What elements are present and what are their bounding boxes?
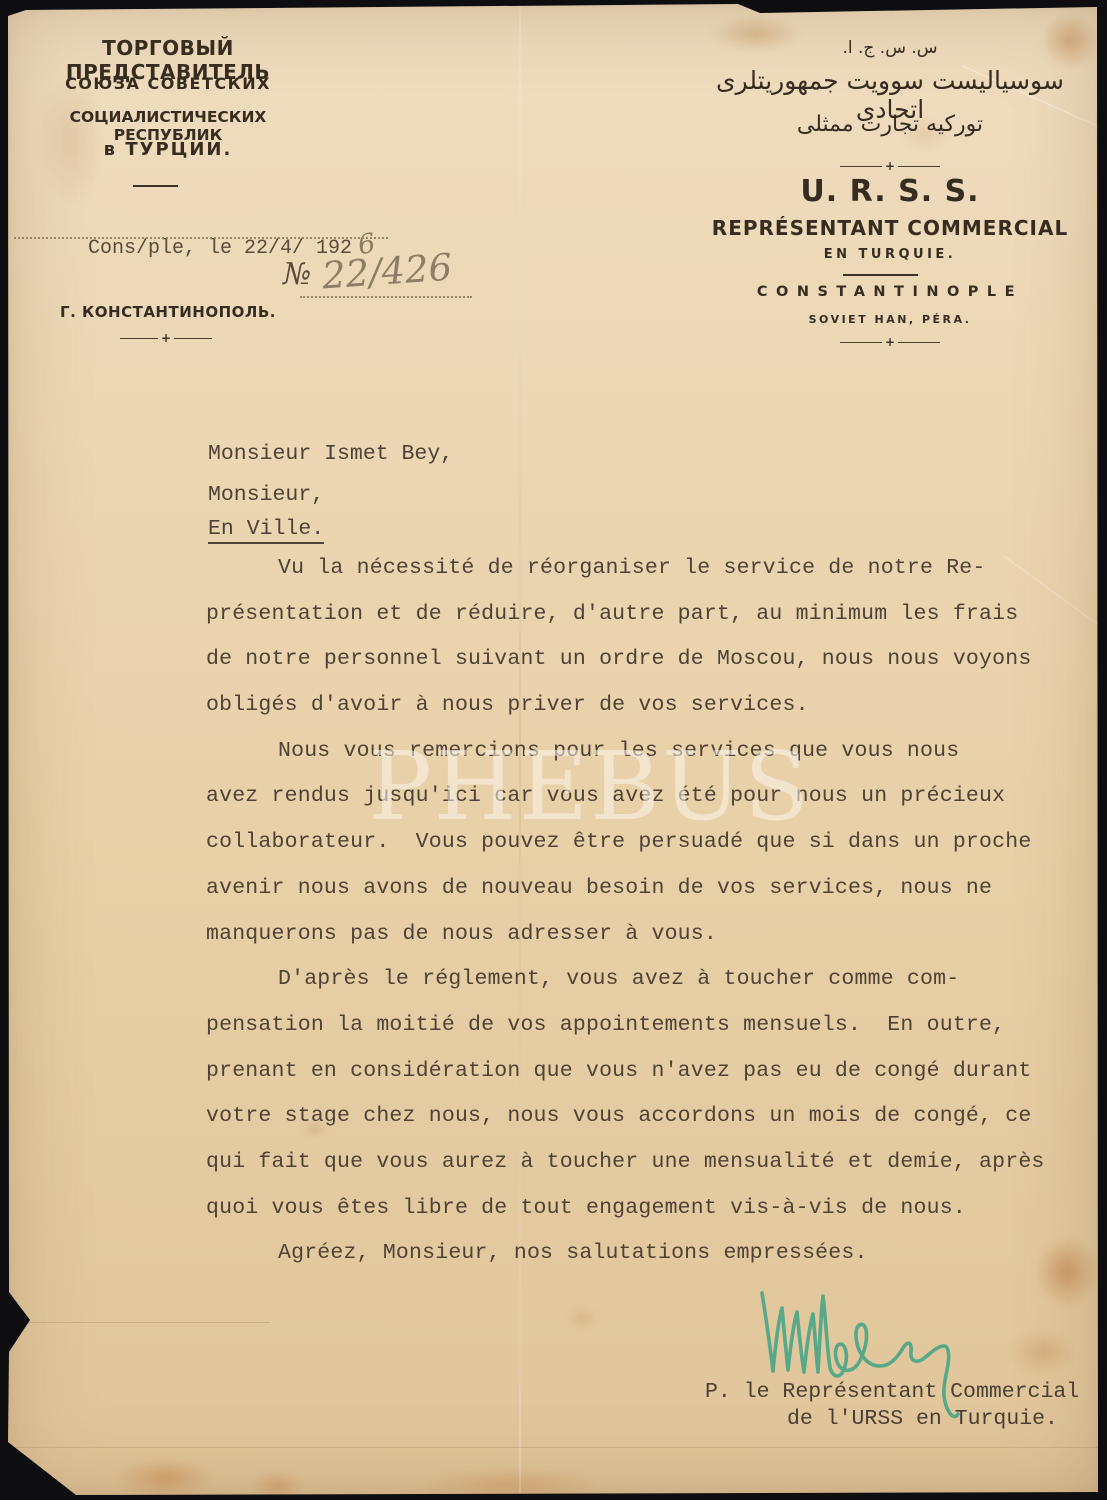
paper-vignette bbox=[0, 0, 1107, 1500]
letter-photo: ТОРГОВЫЙ ПРЕДСТАВИТЕЛЬ СОЮЗА СОВЕТСКИХ С… bbox=[0, 0, 1107, 1500]
paper-sheet: ТОРГОВЫЙ ПРЕДСТАВИТЕЛЬ СОЮЗА СОВЕТСКИХ С… bbox=[0, 0, 1107, 1500]
